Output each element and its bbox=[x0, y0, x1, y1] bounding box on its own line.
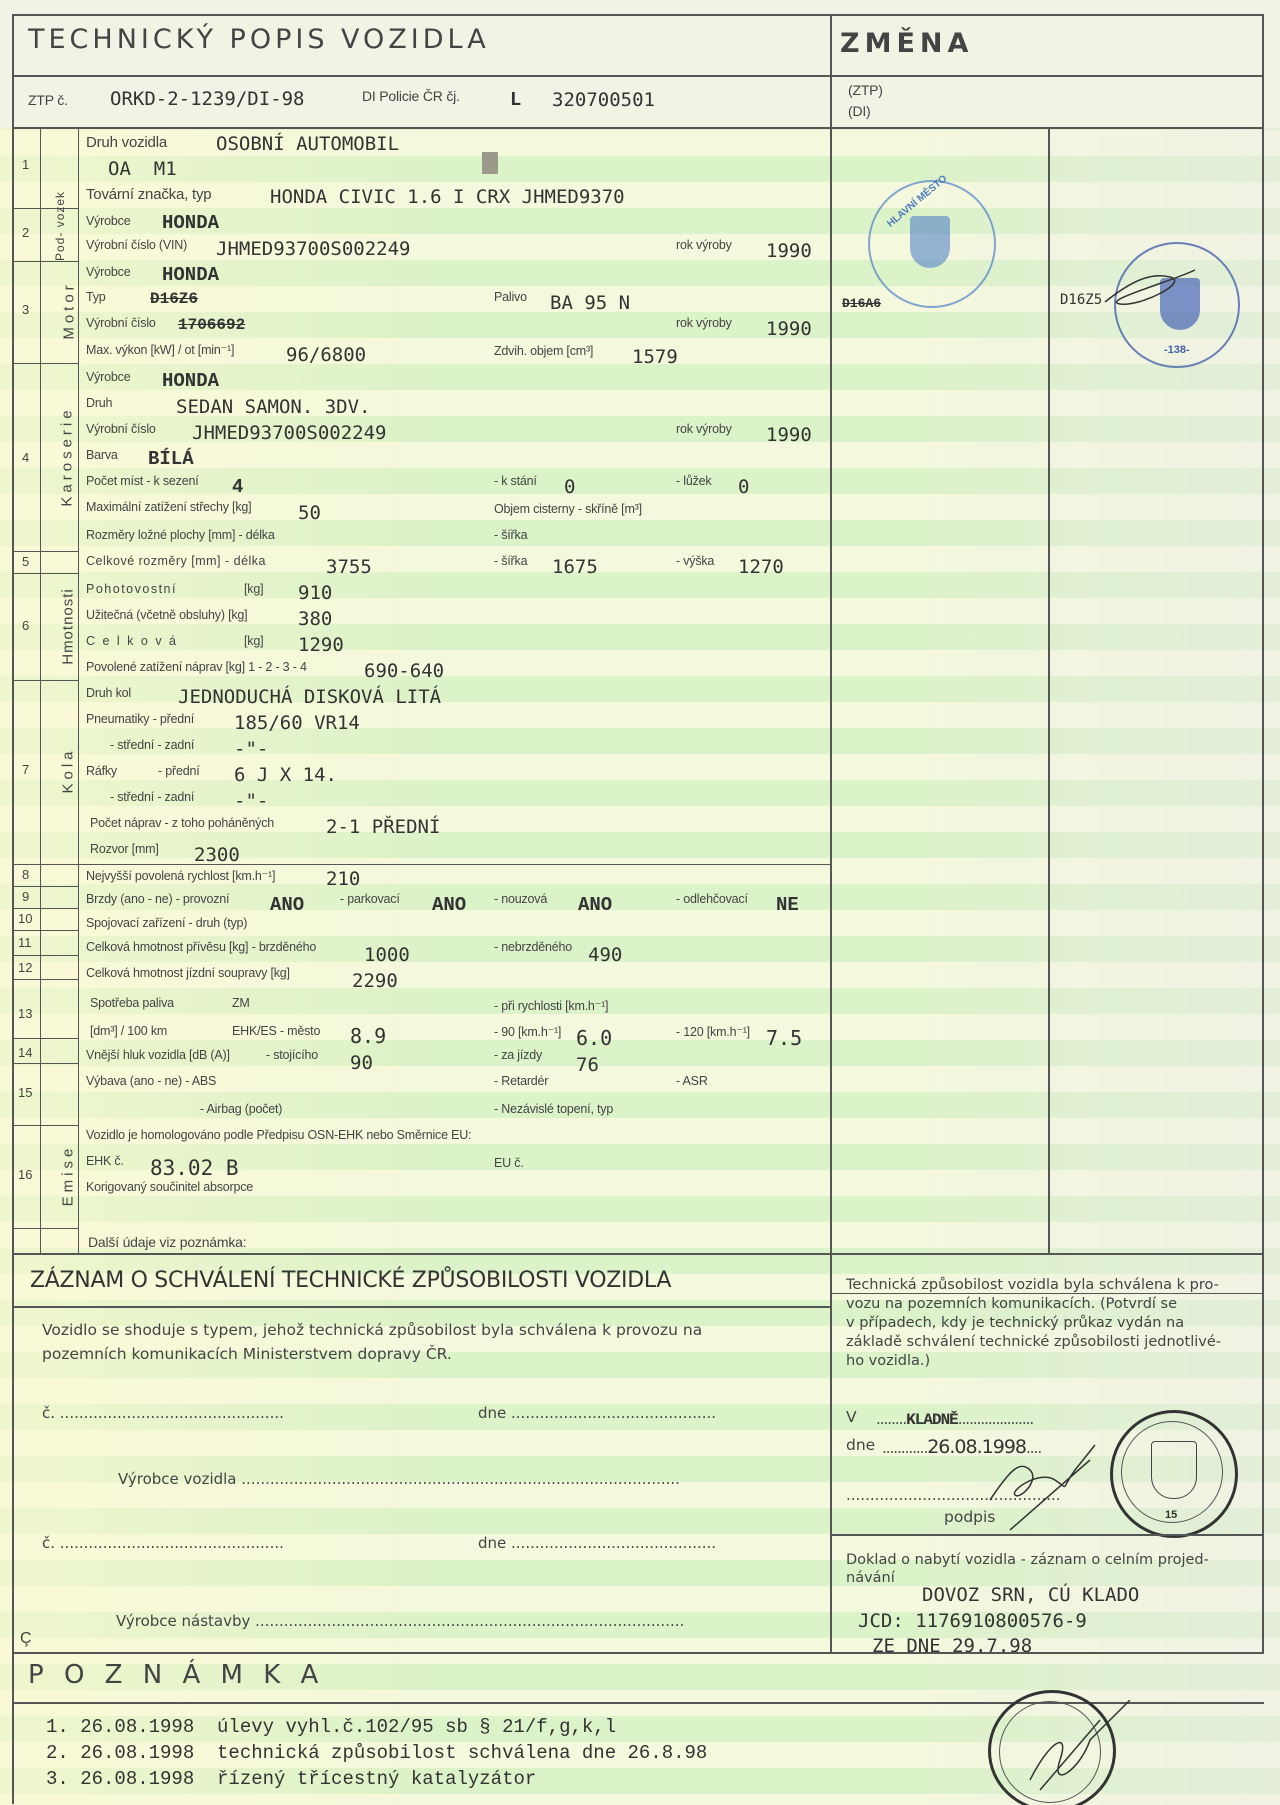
label-nebrzdeneho: - nebrzděného bbox=[494, 940, 572, 954]
label-spojovaci-zarizeni: Spojovací zařízení - druh (typ) bbox=[86, 916, 247, 930]
label-druh-vozidla: Druh vozidla bbox=[86, 134, 167, 151]
label-brzdy-nouzova: - nouzová bbox=[494, 892, 547, 906]
ztp-label: ZTP č. bbox=[28, 92, 68, 108]
label-rok-podvozek: rok výroby bbox=[676, 238, 732, 252]
label-celkova-sirka: - šířka bbox=[494, 554, 527, 568]
row-num-4: 4 bbox=[22, 450, 29, 465]
value-luzek: 0 bbox=[738, 476, 749, 498]
label-vyrobce-motor: Výrobce bbox=[86, 265, 130, 279]
label-nezavisle-topeni: - Nezávislé topení, typ bbox=[494, 1102, 613, 1116]
label-vin: Výrobní číslo (VIN) bbox=[86, 238, 187, 252]
side-label-motor: Motor bbox=[61, 261, 78, 361]
label-zatizeni-naprav: Povolené zatížení náprav [kg] 1 - 2 - 3 … bbox=[86, 660, 307, 674]
approval-title: ZÁZNAM O SCHVÁLENÍ TECHNICKÉ ZPŮSOBILOST… bbox=[30, 1268, 671, 1293]
row-num-16: 16 bbox=[18, 1167, 32, 1182]
value-vyrobce-karoserie: HONDA bbox=[162, 370, 219, 392]
value-vyska: 1270 bbox=[738, 556, 784, 578]
value-vykon: 96/6800 bbox=[286, 344, 366, 366]
signature-change-icon bbox=[1100, 262, 1200, 322]
label-cislo-motoru: Výrobní číslo bbox=[86, 316, 156, 330]
value-new-engine: D16Z5 bbox=[1060, 292, 1102, 308]
label-pneumatiky: Pneumatiky - přední bbox=[86, 712, 194, 726]
value-hluk-stojiciho: 90 bbox=[350, 1052, 373, 1074]
label-asr: - ASR bbox=[676, 1074, 708, 1088]
label-eu: EU č. bbox=[494, 1156, 524, 1170]
label-vyrobce-karoserie: Výrobce bbox=[86, 370, 130, 384]
label-spotreba: Spotřeba paliva bbox=[90, 996, 174, 1010]
label-pohotovostni: Pohotovostní bbox=[86, 582, 177, 596]
value-objem: 1579 bbox=[632, 346, 678, 368]
approval-text-1: Vozidlo se shoduje s typem, jehož techni… bbox=[42, 1321, 702, 1339]
note-item: 3. 26.08.1998 řízený třícestný katalyzát… bbox=[46, 1768, 536, 1790]
label-vyska: - výška bbox=[676, 554, 714, 568]
value-celkova-sirka: 1675 bbox=[552, 556, 598, 578]
value-ehk: 83.02 B bbox=[150, 1156, 239, 1180]
label-spotreba-unit: [dm³] / 100 km bbox=[90, 1024, 167, 1038]
label-retarder: - Retardér bbox=[494, 1074, 548, 1088]
divider-change-column bbox=[830, 14, 832, 1654]
customs-line-2: JCD: 1176910800576-9 bbox=[858, 1610, 1087, 1632]
frame-top bbox=[12, 14, 1264, 16]
label-hluk: Vnější hluk vozidla [dB (A)] bbox=[86, 1048, 230, 1062]
label-mesto: EHK/ES - město bbox=[232, 1024, 320, 1038]
label-pocet-naprav: Počet náprav - z toho poháněných bbox=[90, 816, 274, 830]
notes-title: P O Z N Á M K A bbox=[28, 1660, 324, 1690]
label-rafky: Ráfky bbox=[86, 764, 117, 778]
field-approval-cislo[interactable]: č. .....................................… bbox=[42, 1404, 284, 1422]
value-celkova-delka: 3755 bbox=[326, 556, 372, 578]
field-approval-dne[interactable]: dne ....................................… bbox=[478, 1404, 716, 1422]
value-brzdy-parkovaci: ANO bbox=[432, 894, 466, 916]
value-mesto: 8.9 bbox=[350, 1024, 386, 1048]
row-num-12: 12 bbox=[18, 960, 32, 975]
label-stani: - k stání bbox=[494, 474, 537, 488]
value-strecha: 50 bbox=[298, 502, 321, 524]
label-pohotovostni-unit: [kg] bbox=[244, 582, 263, 596]
value-vin: JHMED93700S002249 bbox=[216, 238, 410, 260]
label-brzdy: Brzdy (ano - ne) - provozní bbox=[86, 892, 229, 906]
stamp-kladno-icon: 15 bbox=[1110, 1410, 1238, 1538]
label-brzdy-odlehcovaci: - odlehčovací bbox=[676, 892, 748, 906]
di-value: 320700501 bbox=[552, 89, 655, 111]
label-hmotnost-soupravy: Celková hmotnost jízdní soupravy [kg] bbox=[86, 966, 290, 980]
field-vyrobce-nastavby[interactable]: Výrobce nástavby .......................… bbox=[116, 1612, 684, 1630]
label-homologace: Vozidlo je homologováno podle Předpisu O… bbox=[86, 1128, 471, 1142]
value-brzdy-provozni: ANO bbox=[270, 894, 304, 916]
row-num-3: 3 bbox=[22, 302, 29, 317]
change-title: ZMĚNA bbox=[840, 28, 973, 59]
label-celkova-unit: [kg] bbox=[244, 634, 263, 648]
value-rozvor: 2300 bbox=[194, 844, 240, 866]
label-brzdy-parkovaci: - parkovací bbox=[340, 892, 400, 906]
approval-right-line: Technická způsobilost vozidla byla schvá… bbox=[846, 1276, 1221, 1295]
row-num-14: 14 bbox=[18, 1045, 32, 1060]
label-typ-motoru: Typ bbox=[86, 290, 106, 304]
label-objem: Zdvih. objem [cm³] bbox=[494, 344, 593, 358]
rule-header bbox=[12, 75, 1264, 77]
approval-text-2: pozemních komunikacích Ministerstvem dop… bbox=[42, 1345, 452, 1363]
note-item: 2. 26.08.1998 technická způsobilost schv… bbox=[46, 1742, 707, 1764]
label-luzek: - lůžek bbox=[676, 474, 711, 488]
rule-subheader bbox=[12, 127, 1264, 129]
approval-right-line: v případech, kdy je technický průkaz vyd… bbox=[846, 1314, 1221, 1333]
value-hmotnost-soupravy: 2290 bbox=[352, 970, 398, 992]
di-prefix: L bbox=[510, 89, 521, 111]
value-rok-motor: 1990 bbox=[766, 318, 812, 340]
label-v: V bbox=[846, 1408, 857, 1426]
rule-approval bbox=[12, 1253, 1264, 1255]
side-col-divider bbox=[78, 127, 79, 1255]
label-dne-r: dne bbox=[846, 1436, 875, 1454]
value-vyrobce-podvozek: HONDA bbox=[162, 212, 219, 234]
row-num-8: 8 bbox=[22, 867, 29, 882]
value-privesu-brzdeneho: 1000 bbox=[364, 944, 410, 966]
value-cislo-karoserie: JHMED93700S002249 bbox=[192, 422, 386, 444]
value-rok-podvozek: 1990 bbox=[766, 240, 812, 262]
field-approval-dne-2[interactable]: dne ....................................… bbox=[478, 1534, 716, 1552]
document-title: TECHNICKÝ POPIS VOZIDLA bbox=[28, 24, 490, 55]
label-abs: Výbava (ano - ne) - ABS bbox=[86, 1074, 216, 1088]
row-num-11: 11 bbox=[18, 935, 32, 950]
value-brzdy-odlehcovaci: NE bbox=[776, 894, 799, 916]
label-druh-kol: Druh kol bbox=[86, 686, 131, 700]
value-pneumatiky: 185/60 VR14 bbox=[234, 712, 360, 734]
row-num-6: 6 bbox=[22, 618, 29, 633]
label-celkova-delka: Celkové rozměry [mm] - délka bbox=[86, 554, 266, 568]
row-num-2: 2 bbox=[22, 225, 29, 240]
value-pocet-naprav: 2-1 PŘEDNÍ bbox=[326, 816, 440, 838]
row-num-13: 13 bbox=[18, 1006, 32, 1021]
value-barva: BÍLÁ bbox=[148, 448, 194, 470]
row-num-15: 15 bbox=[18, 1085, 32, 1100]
value-pohotovostni: 910 bbox=[298, 582, 332, 604]
stamp-hlavni-mesto-icon: HLAVNÍ MĚSTO bbox=[868, 180, 996, 308]
signature-notes-icon bbox=[1000, 1700, 1140, 1800]
label-pneu-zadni: - střední - zadní bbox=[110, 738, 194, 752]
label-zm: ZM bbox=[232, 996, 250, 1010]
label-vykon: Max. výkon [kW] / ot [min⁻¹] bbox=[86, 342, 234, 357]
approval-right-line: ho vozidla.) bbox=[846, 1352, 1221, 1371]
value-pneu-zadni: -"- bbox=[234, 738, 268, 760]
approval-right-line: vozu na pozemních komunikacích. (Potvrdí… bbox=[846, 1295, 1221, 1314]
value-hluk-jizdy: 76 bbox=[576, 1054, 599, 1076]
label-absorpce: Korigovaný součinitel absorpce bbox=[86, 1180, 253, 1194]
value-sezeni: 4 bbox=[232, 476, 243, 498]
value-druh-kol: JEDNODUCHÁ DISKOVÁ LITÁ bbox=[178, 686, 441, 708]
label-sezeni: Počet míst - k sezení bbox=[86, 474, 199, 488]
change-ztp-label: (ZTP) bbox=[848, 82, 883, 98]
gray-marker bbox=[482, 152, 498, 174]
label-ehk: EHK č. bbox=[86, 1154, 124, 1168]
change-di-label: (DI) bbox=[848, 103, 871, 119]
value-old-engine: D16A6 bbox=[842, 296, 881, 311]
customs-line-1: DOVOZ SRN, CÚ KLADO bbox=[922, 1584, 1139, 1606]
frame-right bbox=[1262, 14, 1264, 1654]
label-airbag: - Airbag (počet) bbox=[200, 1102, 282, 1116]
field-v-misto[interactable]: ........KLADNĚ.................... bbox=[876, 1410, 1033, 1429]
label-vyrobce-podvozek: Výrobce bbox=[86, 214, 130, 228]
note-item: 1. 26.08.1998 úlevy vyhl.č.102/95 sb § 2… bbox=[46, 1716, 616, 1738]
value-uzitecna: 380 bbox=[298, 608, 332, 630]
value-zatizeni-naprav: 690-640 bbox=[364, 660, 444, 682]
label-palivo: Palivo bbox=[494, 290, 527, 304]
label-dalsi-udaje: Další údaje viz poznámka: bbox=[88, 1234, 246, 1250]
approval-right-line: základě schválení technické způsobilosti… bbox=[846, 1333, 1221, 1352]
field-vyrobce-vozidla[interactable]: Výrobce vozidla ........................… bbox=[118, 1470, 680, 1488]
value-nebrzdeneho: 490 bbox=[588, 944, 622, 966]
value-rafky: 6 J X 14. bbox=[234, 764, 337, 786]
value-celkova-hmotnost: 1290 bbox=[298, 634, 344, 656]
side-label-hmotnosti: Hmotnosti bbox=[60, 567, 77, 687]
label-120kmh: - 120 [km.h⁻¹] bbox=[676, 1024, 750, 1039]
value-znacka: HONDA CIVIC 1.6 I CRX JHMED9370 bbox=[270, 186, 625, 208]
label-rafky-predni: - přední bbox=[158, 764, 199, 778]
label-lozne-delka: Rozměry ložné plochy [mm] - délka bbox=[86, 528, 275, 542]
approval-right-text: Technická způsobilost vozidla byla schvá… bbox=[846, 1276, 1221, 1371]
label-znacka: Tovární značka, typ bbox=[86, 186, 211, 203]
label-lozne-sirka: - šířka bbox=[494, 528, 527, 542]
value-druh-vozidla: OSOBNÍ AUTOMOBIL bbox=[216, 133, 399, 155]
side-label-karoserie: Karoserie bbox=[59, 387, 76, 527]
customs-title-1: Doklad o nabytí vozidla - záznam o celní… bbox=[846, 1552, 1209, 1568]
label-druh-karoserie: Druh bbox=[86, 396, 112, 410]
row-num-10: 10 bbox=[18, 911, 32, 926]
value-brzdy-nouzova: ANO bbox=[578, 894, 612, 916]
label-strecha: Maximální zatížení střechy [kg] bbox=[86, 500, 251, 514]
value-90kmh: 6.0 bbox=[576, 1026, 612, 1050]
row-num-1: 1 bbox=[22, 157, 29, 172]
value-palivo: BA 95 N bbox=[550, 292, 630, 314]
value-vyrobce-motor: HONDA bbox=[162, 264, 219, 286]
value-rafky-zadni: -"- bbox=[234, 790, 268, 812]
value-typ-motoru: D16Z6 bbox=[150, 290, 198, 308]
label-pri-rychlosti: - při rychlosti [km.h⁻¹] bbox=[494, 998, 608, 1013]
field-approval-cislo-2[interactable]: č. .....................................… bbox=[42, 1534, 284, 1552]
label-rozvor: Rozvor [mm] bbox=[90, 842, 159, 856]
signature-approval-icon bbox=[980, 1440, 1100, 1540]
label-rok-karoserie: rok výroby bbox=[676, 422, 732, 436]
row-num-5: 5 bbox=[22, 554, 29, 569]
di-label: DI Policie ČR čj. bbox=[362, 88, 460, 104]
label-max-rychlost: Nejvyšší povolená rychlost [km.h⁻¹] bbox=[86, 868, 275, 883]
value-druh-karoserie: SEDAN SAMON. 3DV. bbox=[176, 396, 370, 418]
label-barva: Barva bbox=[86, 448, 118, 462]
row-num-7: 7 bbox=[22, 762, 29, 777]
ztp-value: ORKD-2-1239/DI-98 bbox=[110, 88, 304, 110]
label-celkova-hmotnost: C e l k o v á bbox=[86, 634, 178, 648]
label-rok-motor: rok výroby bbox=[676, 316, 732, 330]
label-90kmh: - 90 [km.h⁻¹] bbox=[494, 1024, 561, 1039]
row-num-9: 9 bbox=[22, 889, 29, 904]
divider-change-sub bbox=[1048, 127, 1050, 1255]
label-hmotnost-privesu: Celková hmotnost přívěsu [kg] - brzděnéh… bbox=[86, 940, 316, 954]
label-hluk-jizdy: - za jízdy bbox=[494, 1048, 542, 1062]
label-cisterna: Objem cisterny - skříně [m³] bbox=[494, 502, 642, 516]
label-hluk-stojiciho: - stojícího bbox=[266, 1048, 318, 1062]
value-stani: 0 bbox=[564, 476, 575, 498]
value-max-rychlost: 210 bbox=[326, 868, 360, 890]
frame-left bbox=[12, 14, 14, 1804]
side-label-emise: Emise bbox=[60, 1136, 77, 1216]
label-cislo-karoserie: Výrobní číslo bbox=[86, 422, 156, 436]
side-label-kola: Kola bbox=[60, 731, 77, 811]
value-rok-karoserie: 1990 bbox=[766, 424, 812, 446]
num-col-divider bbox=[40, 127, 41, 1255]
label-rafky-zadni: - střední - zadní bbox=[110, 790, 194, 804]
label-uzitecna: Užitečná (včetně obsluhy) [kg] bbox=[86, 608, 247, 622]
rule-notes bbox=[12, 1652, 1264, 1654]
notes-marker: Ç bbox=[20, 1630, 32, 1648]
value-category: OA M1 bbox=[108, 158, 177, 180]
customs-title-2: návání bbox=[846, 1570, 895, 1586]
side-label-podvozek: Pod- vozek bbox=[54, 201, 66, 261]
value-120kmh: 7.5 bbox=[766, 1026, 802, 1050]
value-cislo-motoru: 1706692 bbox=[178, 316, 245, 334]
